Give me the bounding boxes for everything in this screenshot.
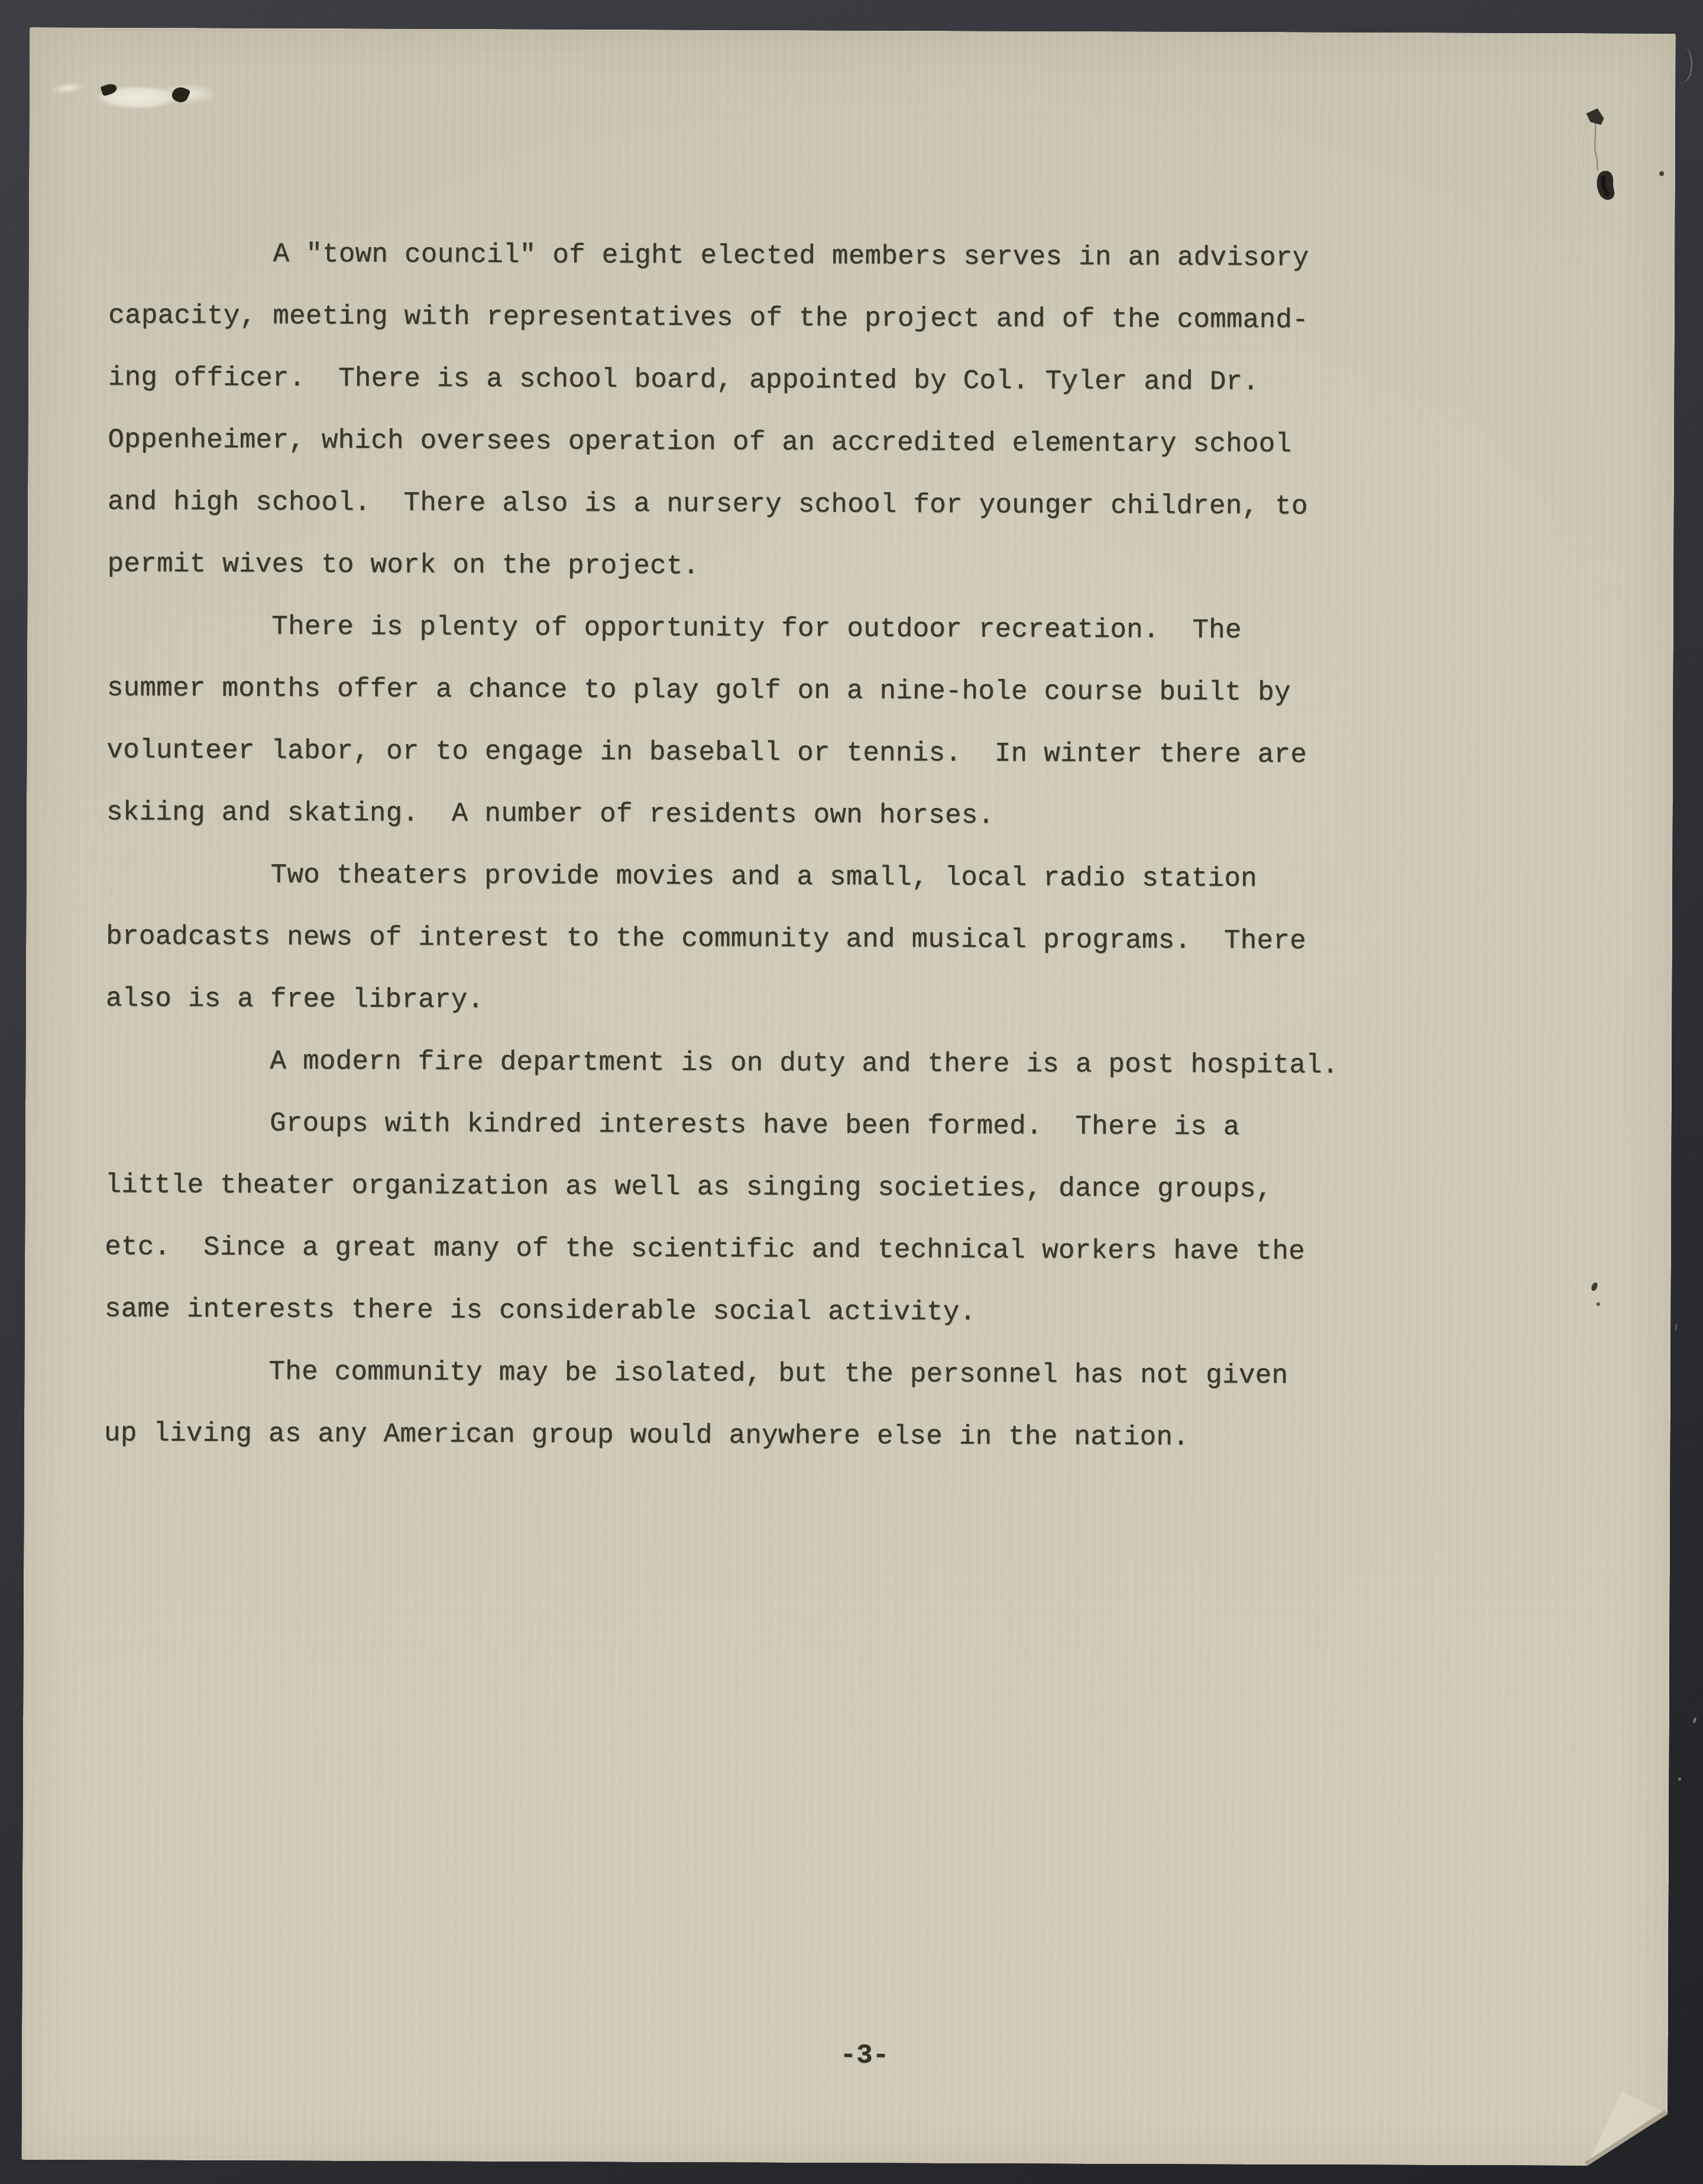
ink-speck — [1591, 1282, 1598, 1292]
scan-background: A "town council" of eight elected member… — [0, 0, 1703, 2184]
torn-spot — [95, 77, 213, 114]
ink-smudge — [1566, 98, 1673, 247]
page-number: -3- — [840, 2024, 889, 2086]
document-page: A "town council" of eight elected member… — [21, 27, 1676, 2166]
scanner-speck — [1678, 1778, 1681, 1781]
typewritten-text: A "town council" of eight elected member… — [104, 223, 1342, 1470]
scanner-speck — [1692, 1717, 1696, 1724]
torn-spot-small — [46, 79, 89, 98]
ink-speck — [1597, 1302, 1600, 1306]
scanner-scratch — [1679, 47, 1694, 85]
scanner-speck — [1675, 1324, 1678, 1331]
